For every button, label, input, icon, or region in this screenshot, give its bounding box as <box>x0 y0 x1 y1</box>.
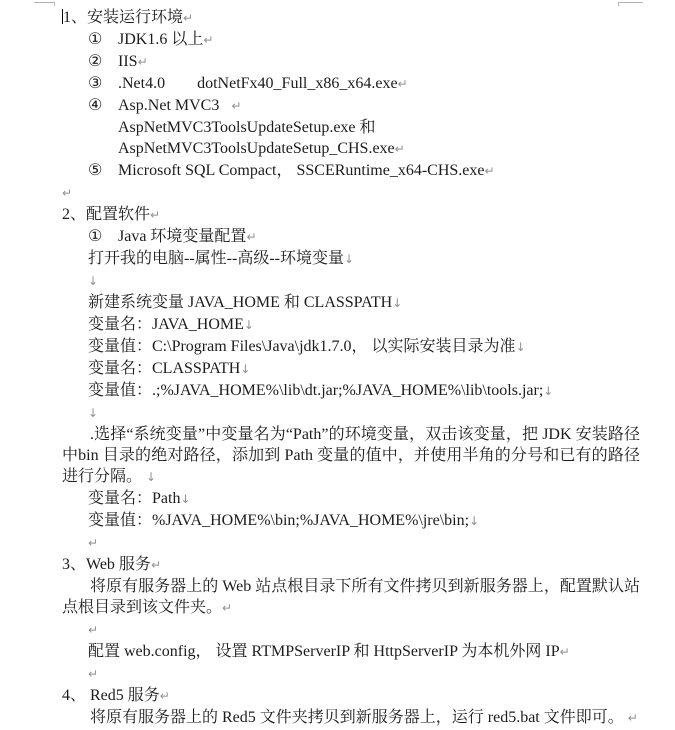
doc-line: 将原有服务器上的 Web 站点根目录下所有文件拷贝到新服务器上，配置默认站点根目… <box>62 576 640 619</box>
doc-line: 变量名：Path↓ <box>62 488 640 510</box>
doc-line: 变量名：JAVA_HOME↓ <box>62 314 640 336</box>
line-text: 将原有服务器上的 Red5 文件夹拷贝到新服务器上，运行 red5.bat 文件… <box>90 709 628 726</box>
line-text: IIS <box>118 53 138 70</box>
paragraph-mark: ↵ <box>62 186 72 200</box>
line-text: 3、Web 服务 <box>62 556 151 573</box>
line-text: 变量名：Path <box>88 490 180 507</box>
doc-line: 打开我的电脑--属性--高级--环境变量↓ <box>62 248 640 270</box>
doc-line: ③.Net4.0 dotNetFx40_Full_x86_x64.exe↵ <box>62 73 640 95</box>
doc-line: ↵ <box>62 532 640 554</box>
line-break-mark: ↓ <box>469 514 479 528</box>
doc-line: ①JDK1.6 以上↵ <box>62 29 640 51</box>
paragraph-mark: ↵ <box>88 536 98 550</box>
paragraph-mark: ↵ <box>560 645 570 659</box>
paragraph-mark: ↵ <box>88 667 98 681</box>
line-break-mark: ↓ <box>543 384 553 398</box>
doc-line: ⑤Microsoft SQL Compact， SSCERuntime_x64-… <box>62 160 640 182</box>
paragraph-mark: ↵ <box>231 99 241 113</box>
doc-line: 配置 web.config， 设置 RTMPServerIP 和 HttpSer… <box>62 641 640 663</box>
doc-line: 3、Web 服务↵ <box>62 554 640 576</box>
line-break-mark: ↓ <box>516 340 526 354</box>
line-break-mark: ↓ <box>344 252 354 266</box>
doc-line: ②IIS↵ <box>62 51 640 73</box>
line-break-mark: ↓ <box>146 470 156 484</box>
list-bullet: ② <box>88 51 118 72</box>
line-text: 配置 web.config， 设置 RTMPServerIP 和 HttpSer… <box>88 643 560 660</box>
line-break-mark: ↓ <box>180 492 190 506</box>
line-text: 打开我的电脑--属性--高级--环境变量 <box>88 250 344 267</box>
list-bullet: ④ <box>88 95 118 116</box>
line-break-mark: ↓ <box>88 274 98 288</box>
line-text: Asp.Net MVC3 <box>118 97 231 114</box>
doc-line: ↓ <box>62 402 640 424</box>
line-text: 新建系统变量 JAVA_HOME 和 CLASSPATH <box>88 294 392 311</box>
doc-line: 变量值：%JAVA_HOME%\bin;%JAVA_HOME%\jre\bin;… <box>62 510 640 532</box>
list-bullet: ③ <box>88 73 118 94</box>
line-text: Java 环境变量配置 <box>118 228 246 245</box>
paragraph-mark: ↵ <box>395 142 405 156</box>
line-text: .Net4.0 dotNetFx40_Full_x86_x64.exe <box>118 75 398 92</box>
paragraph-mark: ↵ <box>151 558 161 572</box>
line-text: 变量名：CLASSPATH <box>88 360 240 377</box>
line-text: 变量值：.;%JAVA_HOME%\lib\dt.jar;%JAVA_HOME%… <box>88 382 543 399</box>
doc-line: 新建系统变量 JAVA_HOME 和 CLASSPATH↓ <box>62 292 640 314</box>
paragraph-mark: ↵ <box>246 230 256 244</box>
document-window: { "document": { "marks": { "p": "↵", "l"… <box>0 0 675 730</box>
paragraph-mark: ↵ <box>222 601 232 615</box>
paragraph-mark: ↵ <box>485 164 495 178</box>
line-text: 将原有服务器上的 Web 站点根目录下所有文件拷贝到新服务器上，配置默认站点根目… <box>62 578 640 616</box>
line-break-mark: ↓ <box>240 362 250 376</box>
line-text: 1、安装运行环境 <box>63 9 183 26</box>
doc-line: ↵ <box>62 619 640 641</box>
doc-line: 4、 Red5 服务↵ <box>62 685 640 707</box>
line-break-mark: ↓ <box>244 318 254 332</box>
list-bullet: ⑤ <box>88 160 118 181</box>
list-bullet: ① <box>88 29 118 50</box>
doc-line: 变量名：CLASSPATH↓ <box>62 358 640 380</box>
line-text: 变量值：%JAVA_HOME%\bin;%JAVA_HOME%\jre\bin; <box>88 512 469 529</box>
line-text: 变量值：C:\Program Files\Java\jdk1.7.0， 以实际安… <box>88 338 516 355</box>
line-text: 变量名：JAVA_HOME <box>88 316 244 333</box>
doc-line: ↵ <box>62 663 640 685</box>
doc-line: ④Asp.Net MVC3 ↵ <box>62 95 640 117</box>
line-text: JDK1.6 以上 <box>118 31 203 48</box>
line-text: Microsoft SQL Compact， SSCERuntime_x64-C… <box>118 162 485 179</box>
margin-crop-mark-left <box>34 0 55 8</box>
line-text: 2、配置软件 <box>62 206 150 223</box>
line-break-mark: ↓ <box>88 406 98 420</box>
doc-line: AspNetMVC3ToolsUpdateSetup.exe 和 AspNetM… <box>62 117 640 160</box>
line-text: 4、 Red5 服务 <box>62 687 160 704</box>
doc-line: 变量值：.;%JAVA_HOME%\lib\dt.jar;%JAVA_HOME%… <box>62 380 640 402</box>
doc-line: 2、配置软件↵ <box>62 204 640 226</box>
line-break-mark: ↓ <box>392 296 402 310</box>
paragraph-mark: ↵ <box>88 623 98 637</box>
list-bullet: ① <box>88 226 118 247</box>
doc-line: ↵ <box>62 182 640 204</box>
paragraph-mark: ↵ <box>138 55 148 69</box>
line-text: AspNetMVC3ToolsUpdateSetup.exe 和 AspNetM… <box>118 119 395 157</box>
doc-line: 1、安装运行环境↵ <box>62 7 640 29</box>
paragraph-mark: ↵ <box>398 77 408 91</box>
paragraph-mark: ↵ <box>628 711 638 725</box>
paragraph-mark: ↵ <box>183 11 193 25</box>
paragraph-mark: ↵ <box>150 208 160 222</box>
doc-line: ①Java 环境变量配置↵ <box>62 226 640 248</box>
doc-line: 将原有服务器上的 Red5 文件夹拷贝到新服务器上，运行 red5.bat 文件… <box>62 707 640 729</box>
doc-line: ↓ <box>62 270 640 292</box>
document-page[interactable]: 1、安装运行环境↵①JDK1.6 以上↵②IIS↵③.Net4.0 dotNet… <box>62 7 640 729</box>
doc-line: .选择“系统变量”中变量名为“Path”的环境变量，双击该变量，把 JDK 安装… <box>62 424 640 488</box>
paragraph-mark: ↵ <box>203 33 213 47</box>
paragraph-mark: ↵ <box>160 689 170 703</box>
doc-line: 变量值：C:\Program Files\Java\jdk1.7.0， 以实际安… <box>62 336 640 358</box>
